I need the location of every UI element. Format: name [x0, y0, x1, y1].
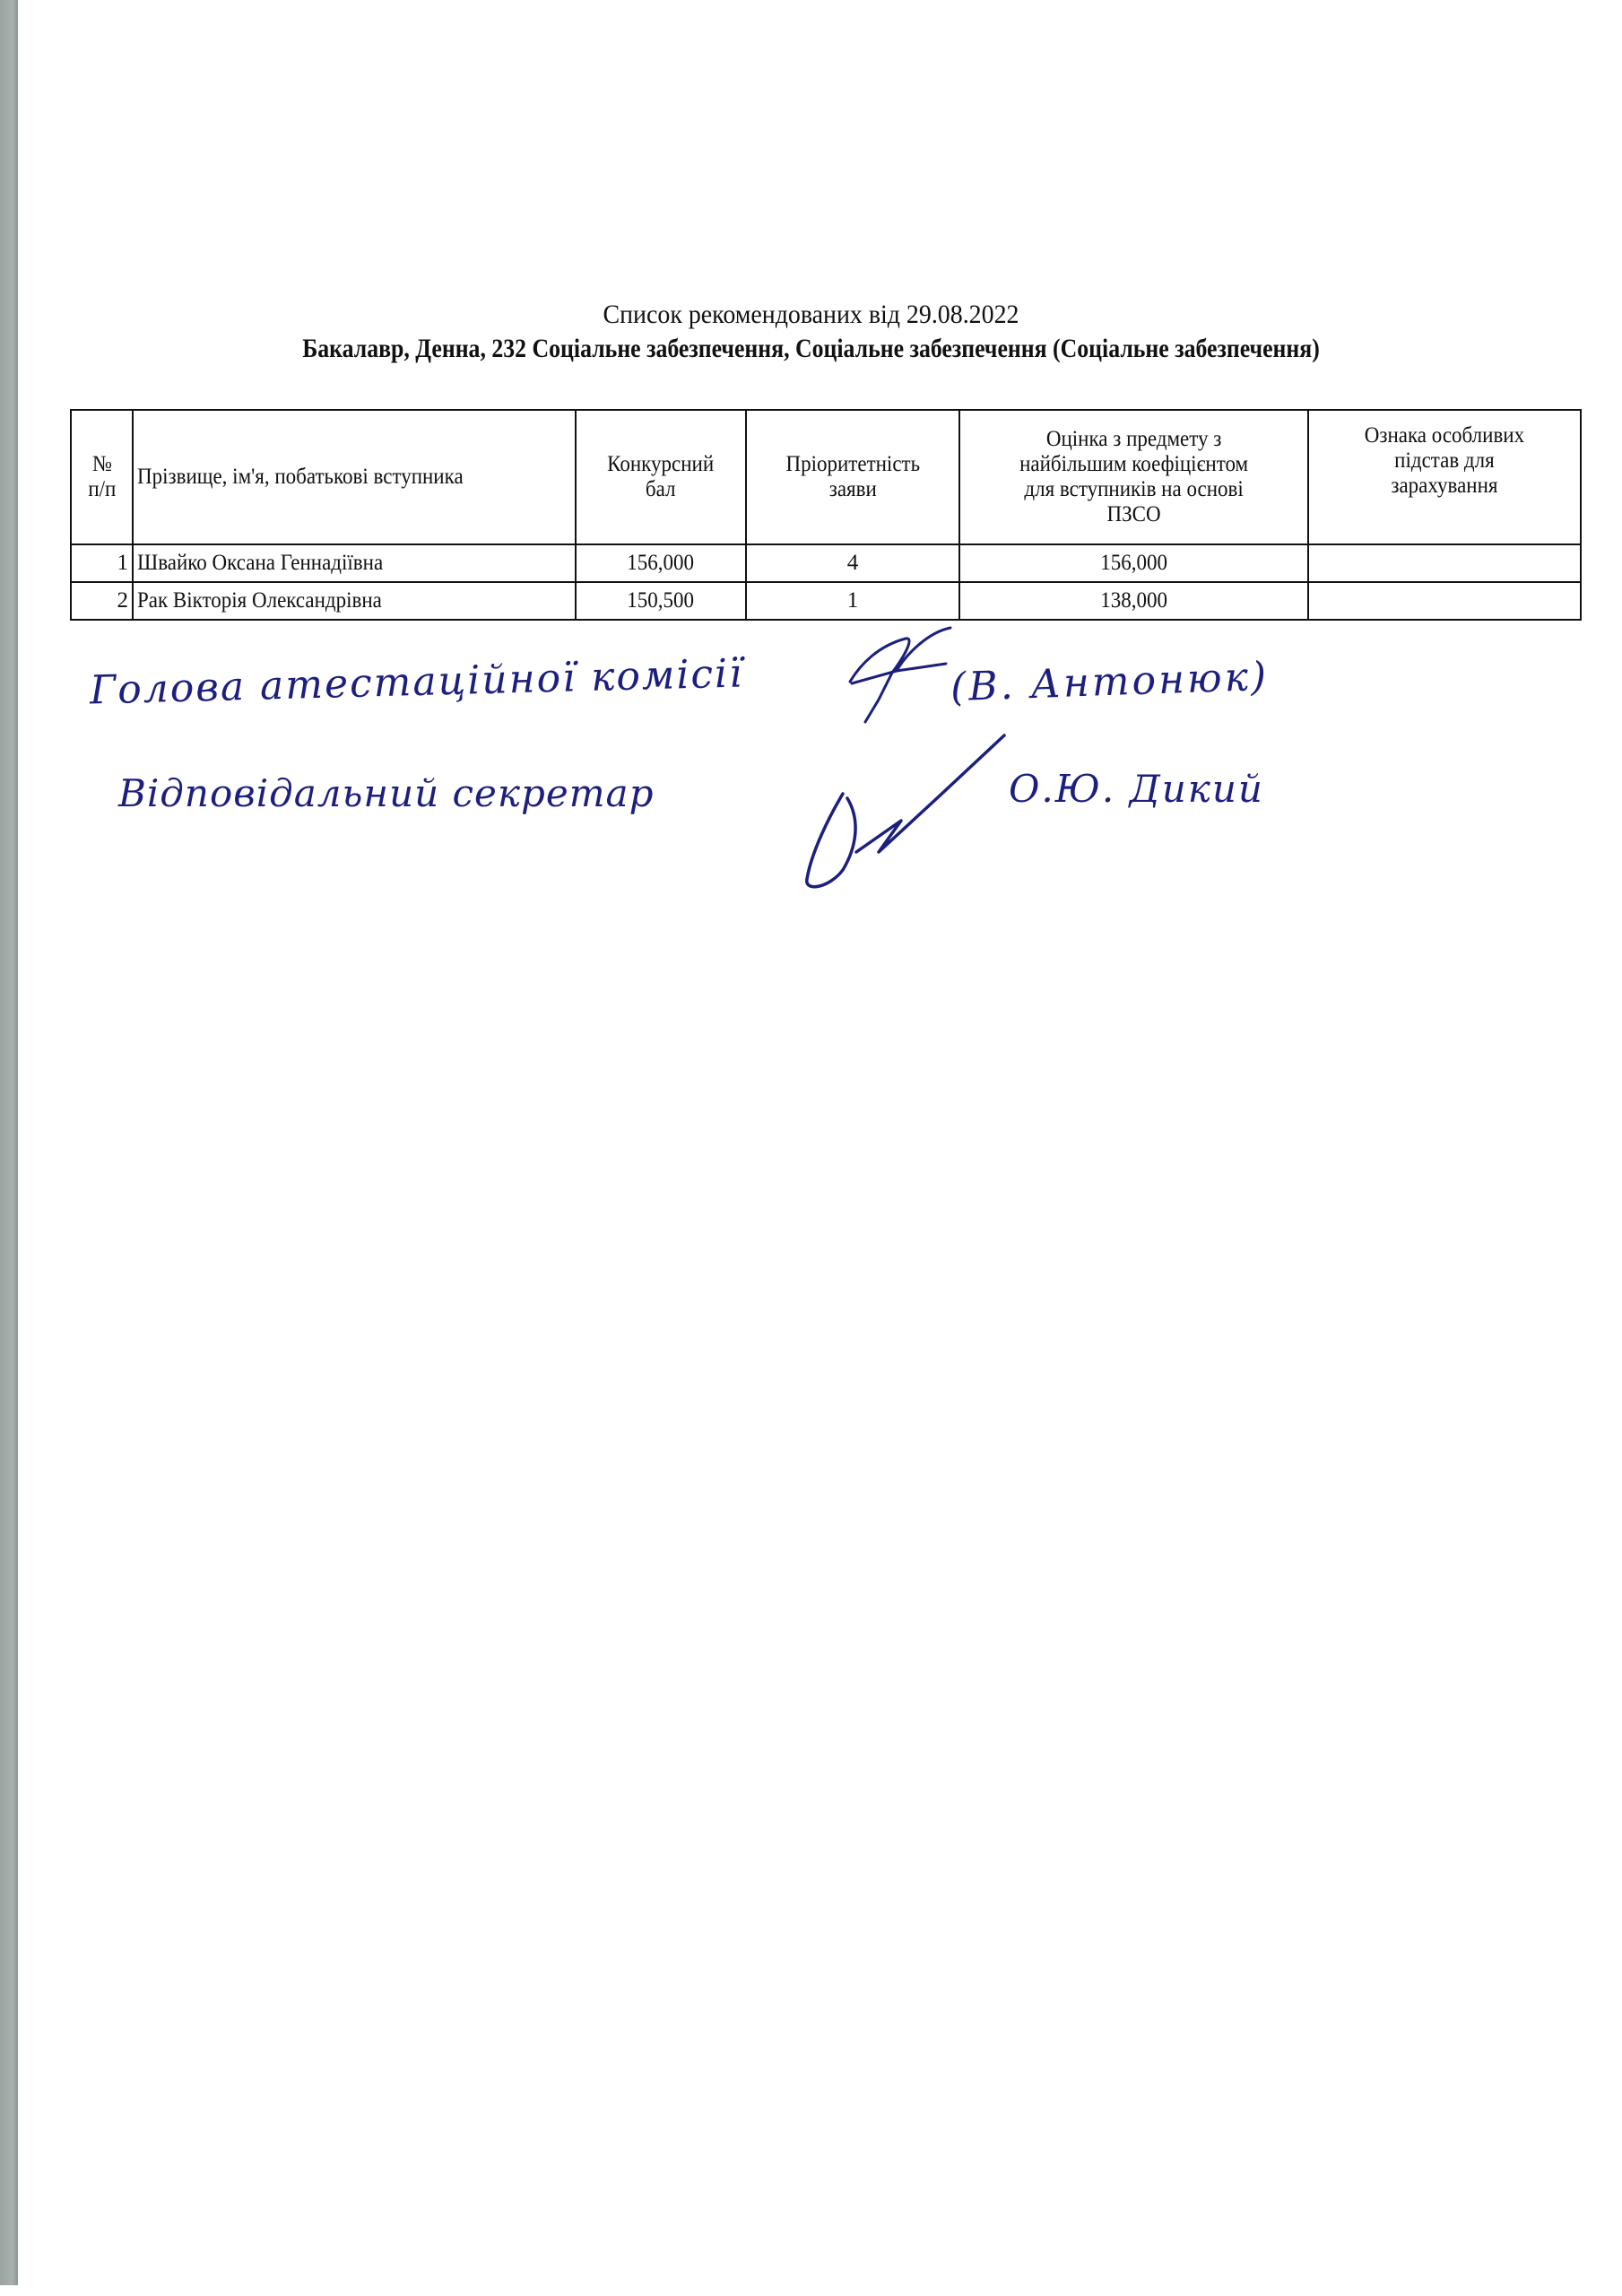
column-header-name: Прізвище, ім'я, побатькові вступника	[133, 410, 576, 544]
special-grounds	[1308, 544, 1581, 582]
column-header-subject-score: Оцінка з предмету знайбільшим коефіцієнт…	[959, 410, 1308, 544]
table-row: 2 Рак Вікторія Олександрівна 150,500 1 1…	[71, 582, 1581, 620]
special-grounds	[1308, 582, 1581, 620]
applicant-name: Швайко Оксана Геннадіївна	[133, 544, 576, 582]
column-header-special-grounds: Ознака особливихпідстав длязарахування	[1308, 410, 1581, 544]
secretary-name-handwritten: О.Ю. Дикий	[1009, 767, 1264, 811]
secretary-signature-scribble	[794, 735, 1000, 897]
application-priority: 1	[746, 582, 959, 620]
row-number: 1	[71, 544, 133, 582]
applicant-name: Рак Вікторія Олександрівна	[133, 582, 576, 620]
table-header-row: №п/п Прізвище, ім'я, побатькові вступник…	[71, 410, 1581, 544]
scanner-edge	[0, 0, 18, 2285]
subject-score: 138,000	[959, 582, 1308, 620]
application-priority: 4	[746, 544, 959, 582]
document-subtitle: Бакалавр, Денна, 232 Соціальне забезпече…	[114, 334, 1509, 364]
row-number: 2	[71, 582, 133, 620]
subject-score: 156,000	[959, 544, 1308, 582]
column-header-number: №п/п	[71, 410, 133, 544]
recommended-list-table: №п/п Прізвище, ім'я, побатькові вступник…	[70, 409, 1582, 621]
competitive-score: 150,500	[576, 582, 746, 620]
column-header-score: Конкурснийбал	[576, 410, 746, 544]
table-row: 1 Швайко Оксана Геннадіївна 156,000 4 15…	[71, 544, 1581, 582]
chair-signature-scribble	[843, 628, 959, 735]
document-title: Список рекомендованих від 29.08.2022	[56, 300, 1565, 330]
competitive-score: 156,000	[576, 544, 746, 582]
column-header-priority: Пріоритетністьзаяви	[746, 410, 959, 544]
secretary-role-handwritten: Відповідальний секретар	[118, 771, 654, 815]
